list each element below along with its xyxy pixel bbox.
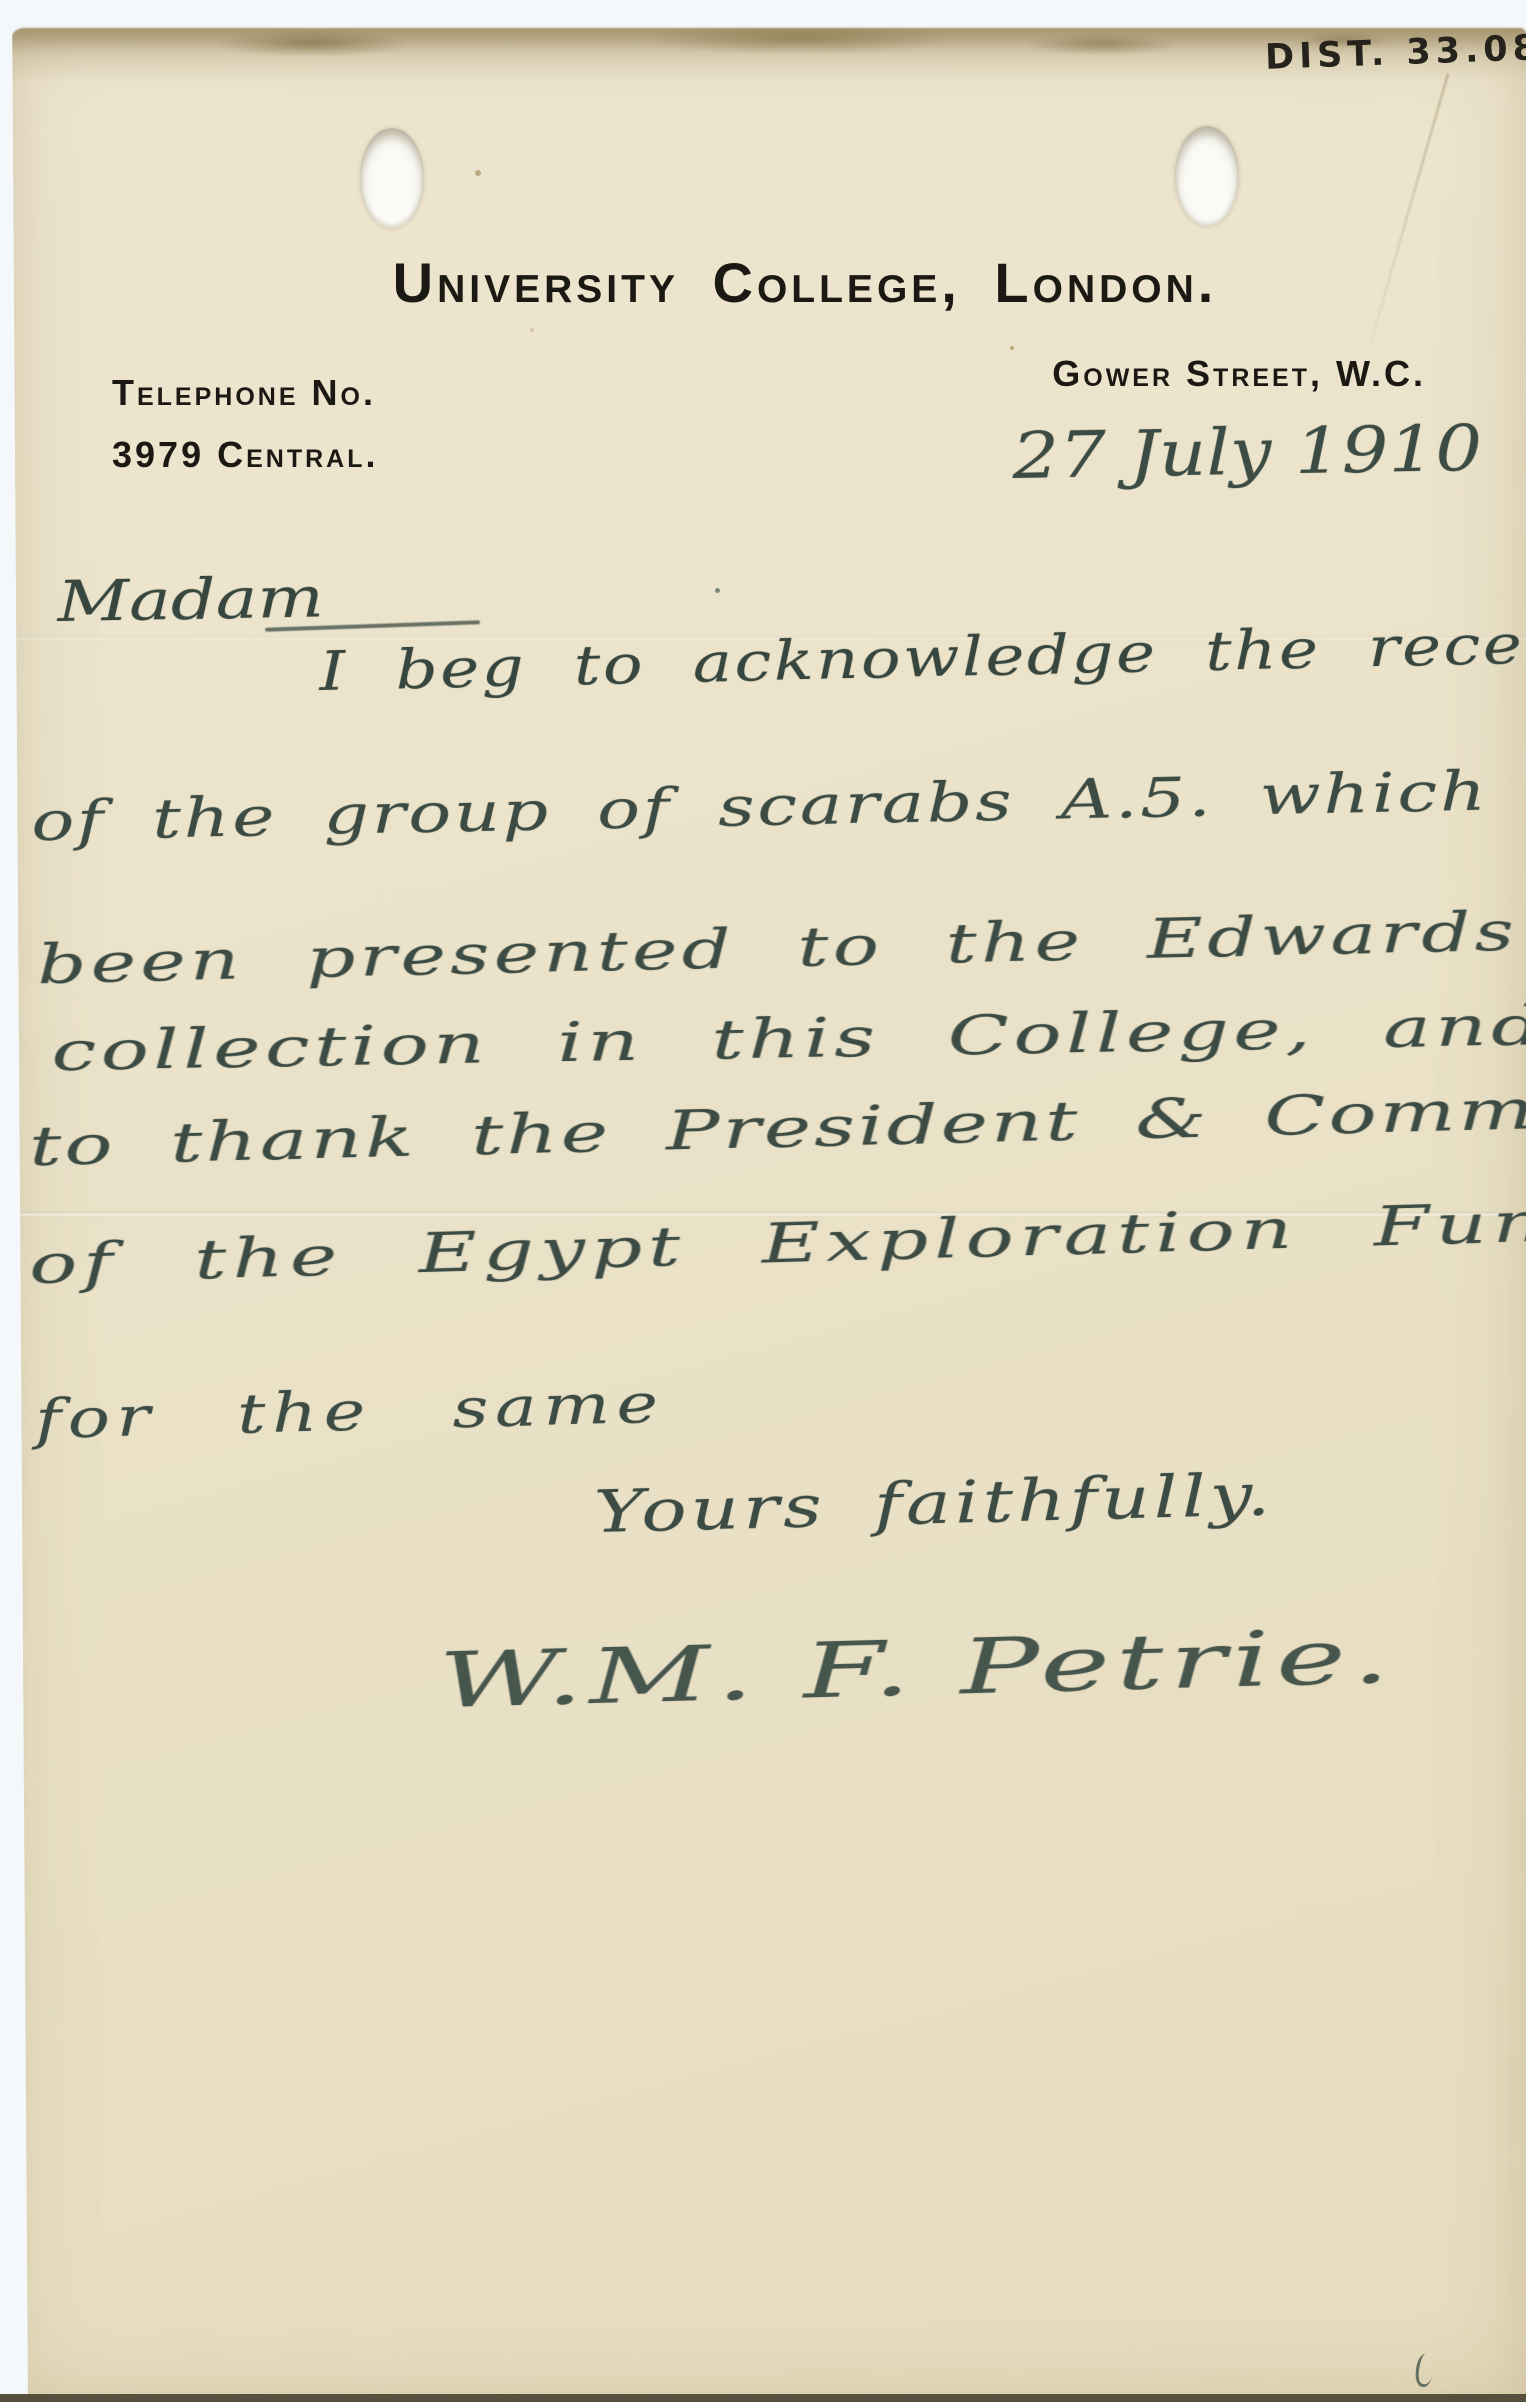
paper-speck — [1010, 346, 1014, 350]
letter-body-line: been presented to the Edwards — [37, 899, 1519, 996]
letterhead-telephone-label: Telephone No. — [112, 362, 378, 424]
letter-salutation: Madam — [57, 565, 324, 635]
scan-edge-bottom — [0, 2394, 1526, 2402]
scanned-letter: DIST. 33.08 University College, London. … — [0, 0, 1526, 2402]
letter-body-line: for the same — [34, 1372, 665, 1451]
letterhead-address: Gower Street, W.C. — [1052, 353, 1426, 395]
letterhead-telephone: Telephone No. 3979 Central. — [112, 362, 378, 486]
punch-hole-right — [1175, 126, 1239, 226]
letter-date: 27 July 1910 — [1012, 412, 1483, 494]
paper-speck — [475, 170, 481, 176]
letterhead-institution: University College, London. — [365, 250, 1245, 315]
letter-closing: Yours faithfully. — [593, 1460, 1275, 1546]
letter-body-line: I beg to acknowledge the receipt — [319, 610, 1526, 703]
letter-body-line: of the Egypt Exploration Fund — [28, 1189, 1526, 1296]
letterhead-telephone-number: 3979 Central. — [112, 424, 378, 486]
paper-speck — [530, 328, 534, 332]
ink-dot — [715, 588, 720, 593]
letter-body-line: to thank the President & Committee — [28, 1073, 1526, 1178]
corner-crease — [1369, 73, 1449, 343]
letter-body-line: collection in this College, and — [51, 994, 1526, 1083]
stray-ink-mark — [1413, 2353, 1435, 2388]
letter-signature: W.M. F. Petrie. — [438, 1611, 1397, 1725]
letter-page: DIST. 33.08 University College, London. … — [10, 28, 1526, 2394]
letter-body-line: of the group of scarabs A.5. which has — [31, 756, 1526, 853]
punch-hole-left — [360, 128, 424, 228]
